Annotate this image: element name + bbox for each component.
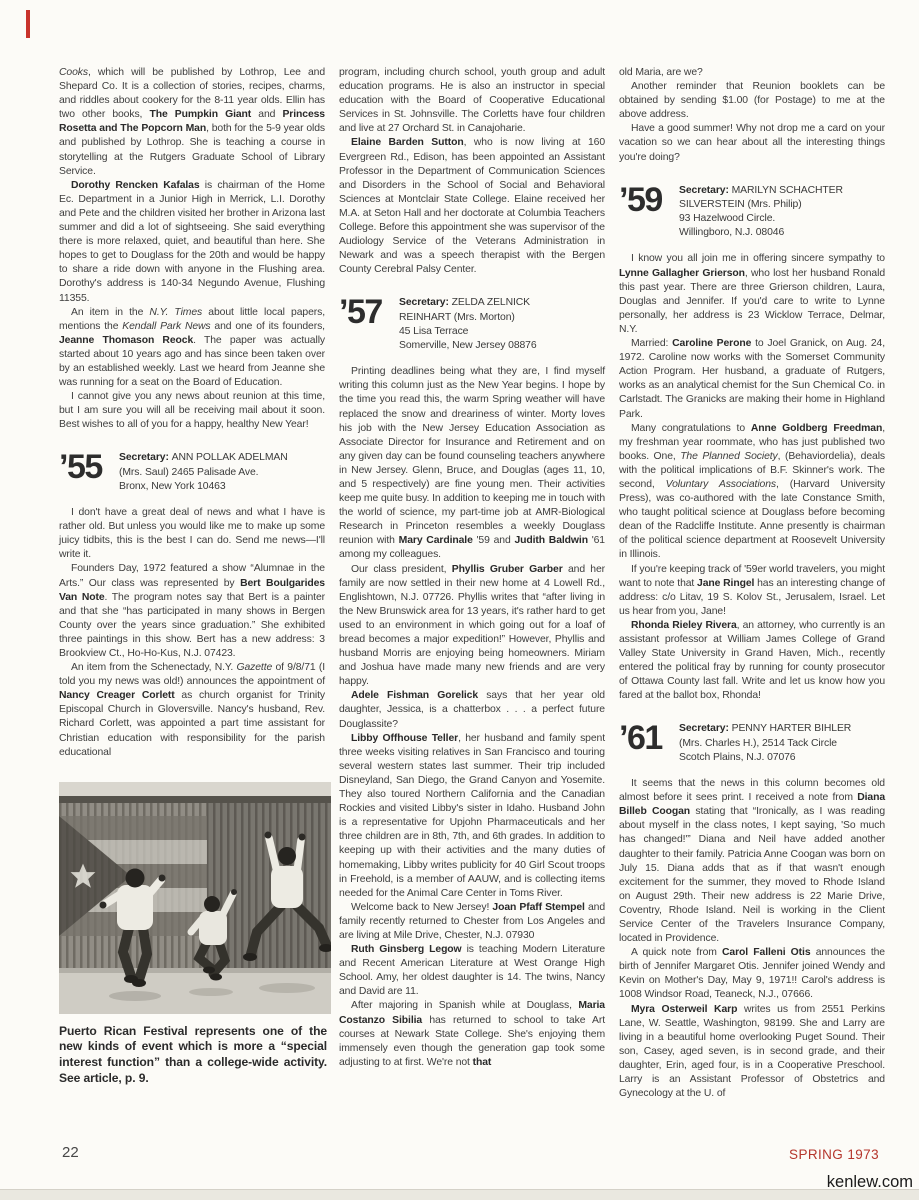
body-paragraph: Another reminder that Reunion booklets c… bbox=[619, 80, 885, 122]
body-paragraph: I know you all join me in offering since… bbox=[619, 252, 885, 337]
secretary-line: Secretary: ZELDA ZELNICK bbox=[399, 296, 537, 310]
body-paragraph: I cannot give you any news about reunion… bbox=[59, 390, 325, 432]
body-paragraph: program, including church school, youth … bbox=[339, 66, 605, 136]
secretary-line: Willingboro, N.J. 08046 bbox=[679, 226, 843, 240]
red-registration-mark bbox=[26, 10, 30, 38]
article-columns: Cooks, which will be published by Lothro… bbox=[59, 66, 885, 1101]
body-paragraph: Printing deadlines being what they are, … bbox=[339, 365, 605, 562]
class-secretary-address: Secretary: MARILYN SCHACHTERSILVERSTEIN … bbox=[679, 183, 843, 241]
secretary-line: Bronx, New York 10463 bbox=[119, 480, 288, 494]
watermark: kenlew.com bbox=[827, 1173, 913, 1192]
secretary-line: Secretary: PENNY HARTER BIHLER bbox=[679, 722, 851, 736]
class-secretary-address: Secretary: PENNY HARTER BIHLER(Mrs. Char… bbox=[679, 721, 851, 765]
issue-label: SPRING 1973 bbox=[789, 1147, 879, 1162]
body-paragraph: Myra Osterweil Karp writes us from 2551 … bbox=[619, 1003, 885, 1102]
body-paragraph: I don't have a great deal of news and wh… bbox=[59, 506, 325, 562]
secretary-line: SILVERSTEIN (Mrs. Philip) bbox=[679, 198, 843, 212]
class-section-header: ’59Secretary: MARILYN SCHACHTERSILVERSTE… bbox=[619, 183, 885, 241]
body-paragraph: old Maria, are we? bbox=[619, 66, 885, 80]
secretary-line: Secretary: ANN POLLAK ADELMAN bbox=[119, 451, 288, 465]
body-paragraph: Dorothy Rencken Kafalas is chairman of t… bbox=[59, 179, 325, 306]
class-section-header: ’57Secretary: ZELDA ZELNICKREINHART (Mrs… bbox=[339, 295, 605, 353]
body-paragraph: Married: Caroline Perone to Joel Granick… bbox=[619, 337, 885, 422]
class-secretary-address: Secretary: ANN POLLAK ADELMAN(Mrs. Saul)… bbox=[119, 450, 288, 494]
photo-image bbox=[59, 782, 331, 1014]
body-paragraph: An item in the N.Y. Times about little l… bbox=[59, 306, 325, 391]
body-paragraph: Welcome back to New Jersey! Joan Pfaff S… bbox=[339, 901, 605, 943]
text-column-2: program, including church school, youth … bbox=[339, 66, 605, 1101]
secretary-line: REINHART (Mrs. Morton) bbox=[399, 311, 537, 325]
secretary-line: Secretary: MARILYN SCHACHTER bbox=[679, 184, 843, 198]
festival-photo: Puerto Rican Festival represents one of … bbox=[59, 782, 325, 1086]
secretary-line: (Mrs. Saul) 2465 Palisade Ave. bbox=[119, 466, 288, 480]
class-section-header: ’61Secretary: PENNY HARTER BIHLER(Mrs. C… bbox=[619, 721, 885, 765]
body-paragraph: If you're keeping track of '59er world t… bbox=[619, 563, 885, 619]
body-paragraph: Our class president, Phyllis Gruber Garb… bbox=[339, 563, 605, 690]
page-number: 22 bbox=[62, 1144, 79, 1161]
page-edge bbox=[0, 1189, 919, 1200]
class-year-label: ’57 bbox=[339, 295, 399, 326]
jumping-dancers-illustration bbox=[59, 782, 331, 1014]
secretary-line: Scotch Plains, N.J. 07076 bbox=[679, 751, 851, 765]
body-paragraph: A quick note from Carol Falleni Otis ann… bbox=[619, 946, 885, 1002]
secretary-line: (Mrs. Charles H.), 2514 Tack Circle bbox=[679, 737, 851, 751]
secretary-line: 45 Lisa Terrace bbox=[399, 325, 537, 339]
body-paragraph: Libby Offhouse Teller, her husband and f… bbox=[339, 732, 605, 901]
class-year-label: ’61 bbox=[619, 721, 679, 752]
body-paragraph: After majoring in Spanish while at Dougl… bbox=[339, 999, 605, 1069]
body-paragraph: Elaine Barden Sutton, who is now living … bbox=[339, 136, 605, 277]
class-year-label: ’55 bbox=[59, 450, 119, 481]
body-paragraph: It seems that the news in this column be… bbox=[619, 777, 885, 946]
body-paragraph: Founders Day, 1972 featured a show “Alum… bbox=[59, 562, 325, 661]
secretary-line: Somerville, New Jersey 08876 bbox=[399, 339, 537, 353]
body-paragraph: Have a good summer! Why not drop me a ca… bbox=[619, 122, 885, 164]
body-paragraph: Adele Fishman Gorelick says that her yea… bbox=[339, 689, 605, 731]
text-column-3: old Maria, are we?Another reminder that … bbox=[619, 66, 885, 1101]
body-paragraph: Cooks, which will be published by Lothro… bbox=[59, 66, 325, 179]
secretary-line: 93 Hazelwood Circle. bbox=[679, 212, 843, 226]
body-paragraph: Ruth Ginsberg Legow is teaching Modern L… bbox=[339, 943, 605, 999]
text-column-1: Cooks, which will be published by Lothro… bbox=[59, 66, 325, 1101]
body-paragraph: Many congratulations to Anne Goldberg Fr… bbox=[619, 422, 885, 563]
class-section-header: ’55Secretary: ANN POLLAK ADELMAN(Mrs. Sa… bbox=[59, 450, 325, 494]
body-paragraph: Rhonda Rieley Rivera, an attorney, who c… bbox=[619, 619, 885, 704]
class-year-label: ’59 bbox=[619, 183, 679, 214]
body-paragraph: An item from the Schenectady, N.Y. Gazet… bbox=[59, 661, 325, 760]
photo-caption: Puerto Rican Festival represents one of … bbox=[59, 1024, 327, 1086]
class-secretary-address: Secretary: ZELDA ZELNICKREINHART (Mrs. M… bbox=[399, 295, 537, 353]
